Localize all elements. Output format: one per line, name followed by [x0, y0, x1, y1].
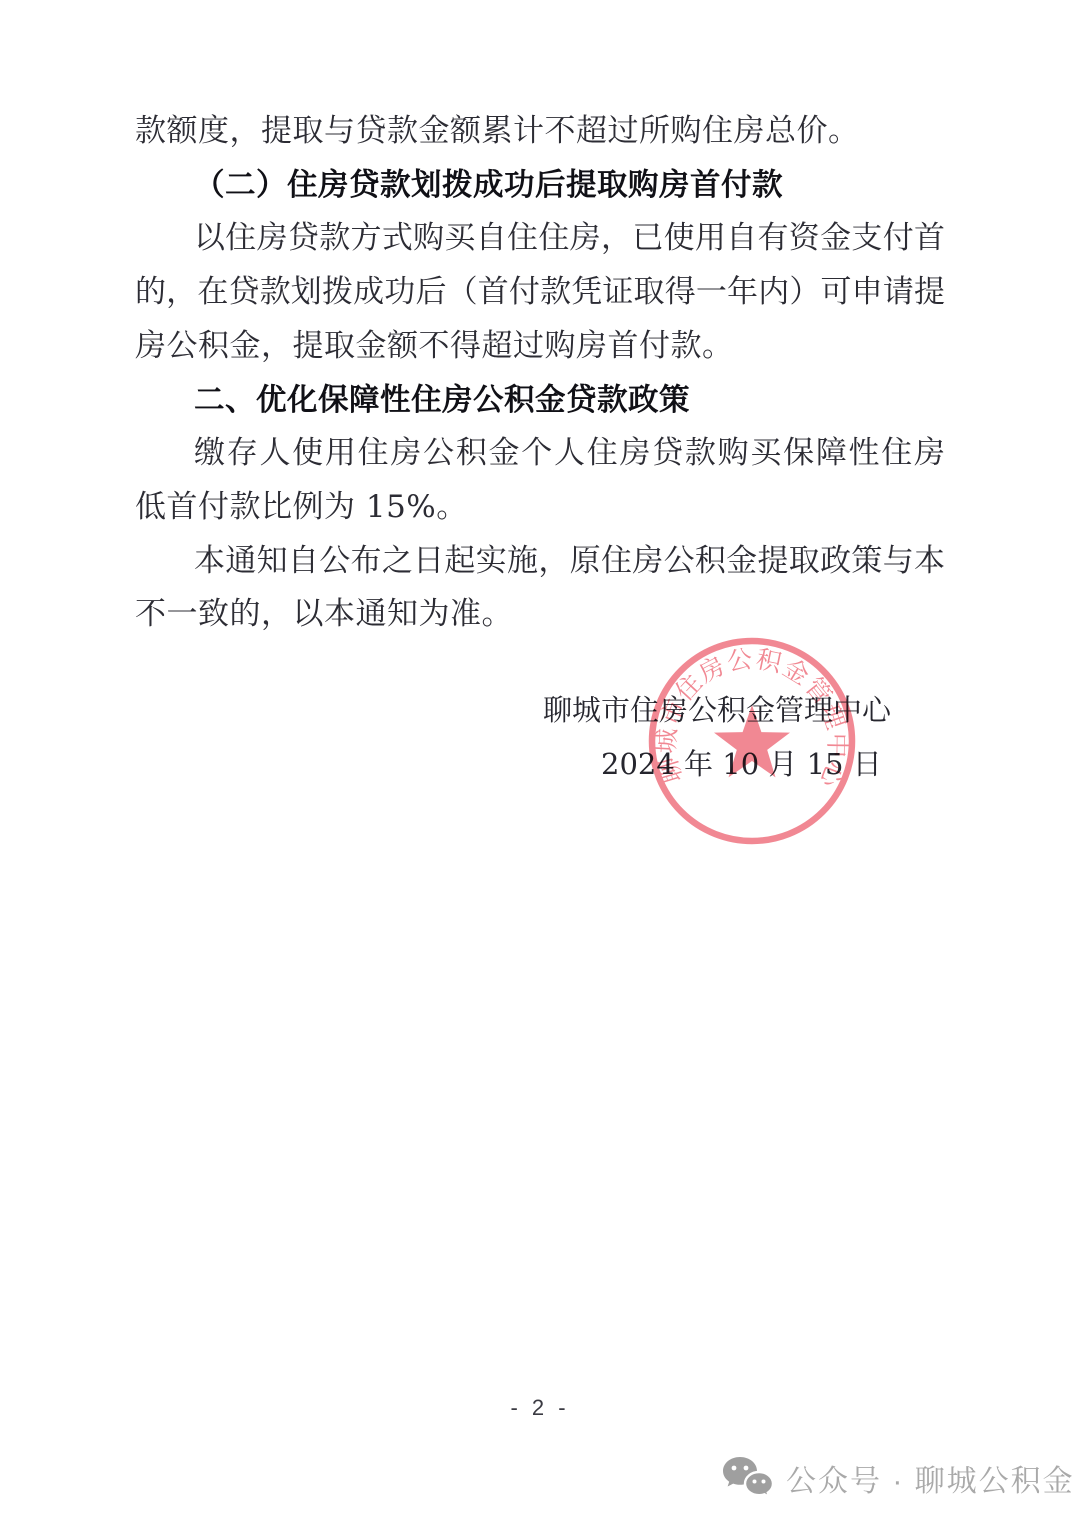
- document-line-5: 房公积金，提取金额不得超过购房首付款。: [135, 323, 734, 369]
- document-line-3: 以住房贷款方式购买自住住房，已使用自有资金支付首付款: [194, 215, 945, 261]
- wechat-account-label: 公众号 · 聊城公积金: [786, 1456, 1075, 1500]
- footer-brand: 公众号 · 聊城公积金: [722, 1455, 1075, 1501]
- document-line-6: 二、优化保障性住房公积金贷款政策: [194, 377, 690, 423]
- document-line-8: 低首付款比例为 15%。: [135, 484, 468, 530]
- document-line-9: 本通知自公布之日起实施，原住房公积金提取政策与本通知: [194, 538, 945, 584]
- seal-ring: [652, 641, 852, 841]
- page-number: - 2 -: [480, 1395, 600, 1421]
- document-line-4: 的，在贷款划拨成功后（首付款凭证取得一年内）可申请提取住: [135, 269, 945, 315]
- document-line-2: （二）住房贷款划拨成功后提取购房首付款: [194, 162, 783, 208]
- document-page: 款额度，提取与贷款金额累计不超过所购住房总价。（二）住房贷款划拨成功后提取购房首…: [0, 0, 1080, 1526]
- document-line-1: 款额度，提取与贷款金额累计不超过所购住房总价。: [135, 108, 860, 154]
- official-seal: 聊城市住房公积金管理中心: [644, 633, 860, 849]
- signature-date: 2024 年 10 月 15 日: [601, 742, 882, 783]
- document-line-10: 不一致的，以本通知为准。: [135, 591, 513, 637]
- signature-organization: 聊城市住房公积金管理中心: [543, 688, 891, 729]
- wechat-icon: [722, 1455, 774, 1501]
- document-line-7: 缴存人使用住房公积金个人住房贷款购买保障性住房的，最: [194, 430, 945, 476]
